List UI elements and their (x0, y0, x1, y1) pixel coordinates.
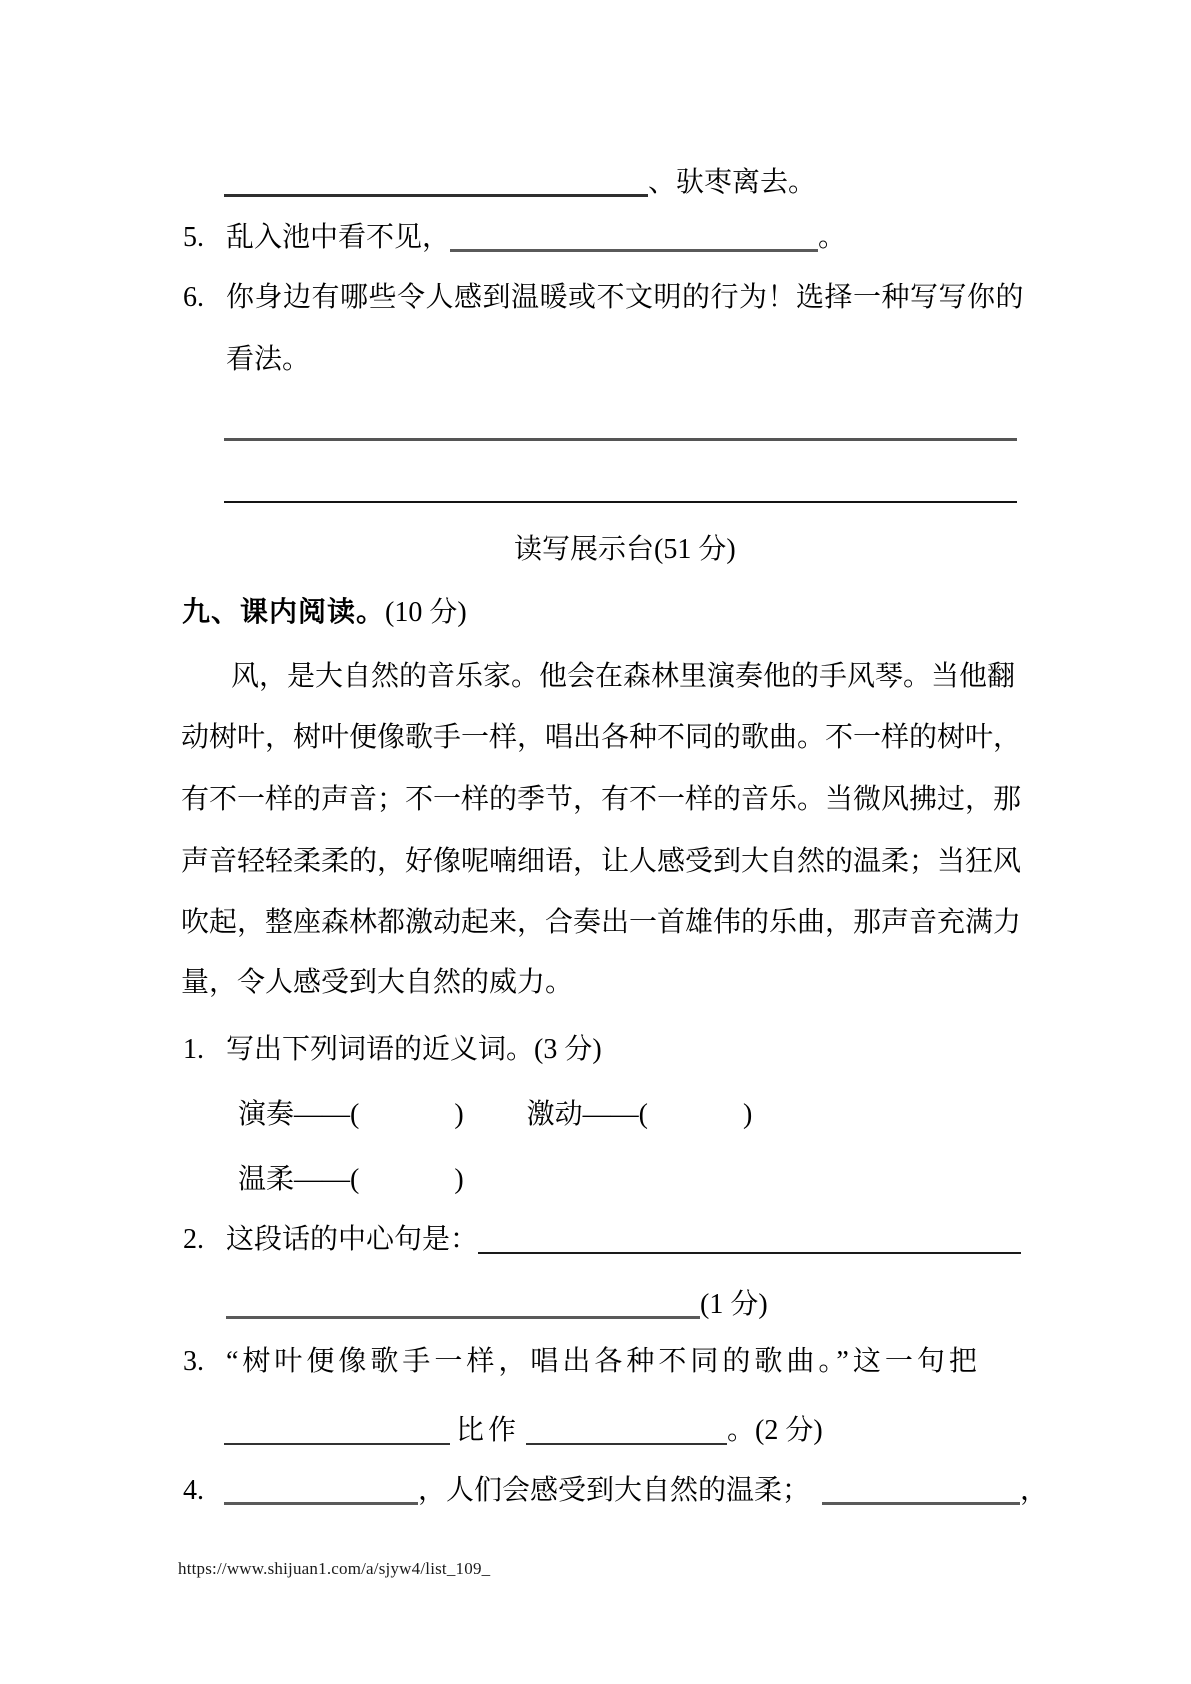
sub-question-3-row-2: 比作。(2 分) (224, 1411, 823, 1451)
question-5-text: 乱入池中看不见， (226, 222, 450, 253)
question-5-period: 。 (818, 222, 846, 253)
answer-blank (822, 1472, 1020, 1505)
answer-blank (450, 219, 818, 252)
footer-row: https://www.shijuan1.com/a/sjyw4/list_10… (178, 1556, 490, 1582)
exam-page: 、驮枣离去。 5.乱入池中看不见，。 6.你身边有哪些令人感到温暖或不文明的行为… (0, 0, 1191, 1684)
answer-blank (224, 1413, 450, 1445)
sub-question-1-number: 1. (183, 1030, 226, 1070)
question-6-text-line2: 看法。 (226, 344, 310, 375)
sub-question-3-row: 3.“树叶便像歌手一样，唱出各种不同的歌曲。”这一句把 (183, 1342, 981, 1382)
question-5-row: 5.乱入池中看不见，。 (183, 218, 846, 258)
question-6-row: 6.你身边有哪些令人感到温暖或不文明的行为！选择一种写写你的 (183, 278, 1024, 318)
sub-question-3-tail: 。(2 分) (727, 1415, 823, 1446)
sub-question-3-number: 3. (183, 1342, 226, 1382)
synonym-pair-1-close: ) (454, 1099, 463, 1130)
sub-question-4-number: 4. (183, 1471, 224, 1511)
sub-question-2-text: 这段话的中心句是： (226, 1224, 478, 1255)
question-5-number: 5. (183, 218, 226, 258)
synonym-pair-row-1: 演奏——()激动——() (238, 1095, 752, 1135)
answer-blank (224, 164, 648, 197)
part-9-heading-score: (10 分) (385, 597, 467, 628)
answer-blank (224, 1472, 418, 1505)
synonym-pair-2-open: 激动——( (527, 1099, 648, 1130)
passage-line-1: 风，是大自然的音乐家。他会在森林里演奏他的手风琴。当他翻 (181, 657, 1015, 697)
passage-text: 有不一样的声音；不一样的季节，有不一样的音乐。当微风拂过，那 (181, 784, 1021, 815)
answer-line (224, 501, 1017, 503)
sub-question-2-row: 2.这段话的中心句是： (183, 1220, 1021, 1260)
question-6-number: 6. (183, 278, 226, 318)
sub-question-2-score: (1 分) (700, 1289, 768, 1320)
sub-question-4-tail: ， (1020, 1475, 1048, 1506)
question-6-row-2: 看法。 (226, 340, 310, 380)
synonym-pair-row-2: 温柔——() (238, 1160, 464, 1200)
passage-text: 声音轻轻柔柔的，好像呢喃细语，让人感受到大自然的温柔；当狂风 (181, 846, 1021, 877)
synonym-pair-3-open: 温柔——( (238, 1164, 359, 1195)
sub-question-1-text: 写出下列词语的近义词。(3 分) (226, 1034, 602, 1065)
answer-blank (526, 1413, 727, 1445)
section-title: 读写展示台(51 分) (514, 530, 736, 570)
question-6-text-line1: 你身边有哪些令人感到温暖或不文明的行为！选择一种写写你的 (226, 282, 1024, 313)
answer-blank (478, 1222, 1021, 1254)
sub-question-4-row: 4.，人们会感受到大自然的温柔；， (183, 1471, 1048, 1511)
sub-question-1-row: 1.写出下列词语的近义词。(3 分) (183, 1030, 602, 1070)
sentence-tail-text: 、驮枣离去。 (648, 167, 816, 198)
sub-question-2-number: 2. (183, 1220, 226, 1260)
part-9-heading-text: 九、课内阅读。 (182, 596, 385, 627)
passage-text: 量，令人感受到大自然的威力。 (181, 967, 573, 998)
passage-line-4: 声音轻轻柔柔的，好像呢喃细语，让人感受到大自然的温柔；当狂风 (181, 842, 1021, 882)
passage-line-6: 量，令人感受到大自然的威力。 (181, 963, 573, 1003)
passage-text: 吹起，整座森林都激动起来，合奏出一首雄伟的乐曲，那声音充满力 (181, 907, 1021, 938)
synonym-pair-3-close: ) (454, 1164, 463, 1195)
sub-question-2-row-2: (1 分) (226, 1285, 768, 1325)
section-title-text: 读写展示台(51 分) (514, 534, 736, 565)
sub-question-4-mid: ，人们会感受到大自然的温柔； (418, 1475, 810, 1506)
part-9-heading: 九、课内阅读。(10 分) (182, 592, 467, 633)
passage-line-3: 有不一样的声音；不一样的季节，有不一样的音乐。当微风拂过，那 (181, 780, 1021, 820)
passage-line-2: 动树叶，树叶便像歌手一样，唱出各种不同的歌曲。不一样的树叶， (181, 718, 1021, 758)
sub-question-3-text: “树叶便像歌手一样，唱出各种不同的歌曲。”这一句把 (226, 1346, 981, 1377)
sentence-tail-row: 、驮枣离去。 (224, 163, 816, 203)
answer-line (224, 438, 1017, 441)
passage-text: 动树叶，树叶便像歌手一样，唱出各种不同的歌曲。不一样的树叶， (181, 722, 1021, 753)
footer-url-link[interactable]: https://www.shijuan1.com/a/sjyw4/list_10… (178, 1559, 490, 1578)
answer-blank (226, 1286, 700, 1319)
passage-text: 风，是大自然的音乐家。他会在森林里演奏他的手风琴。当他翻 (231, 661, 1015, 692)
synonym-pair-1-open: 演奏——( (238, 1099, 359, 1130)
passage-line-5: 吹起，整座森林都激动起来，合奏出一首雄伟的乐曲，那声音充满力 (181, 903, 1021, 943)
sub-question-3-mid: 比作 (450, 1415, 526, 1446)
synonym-pair-2-close: ) (743, 1099, 752, 1130)
